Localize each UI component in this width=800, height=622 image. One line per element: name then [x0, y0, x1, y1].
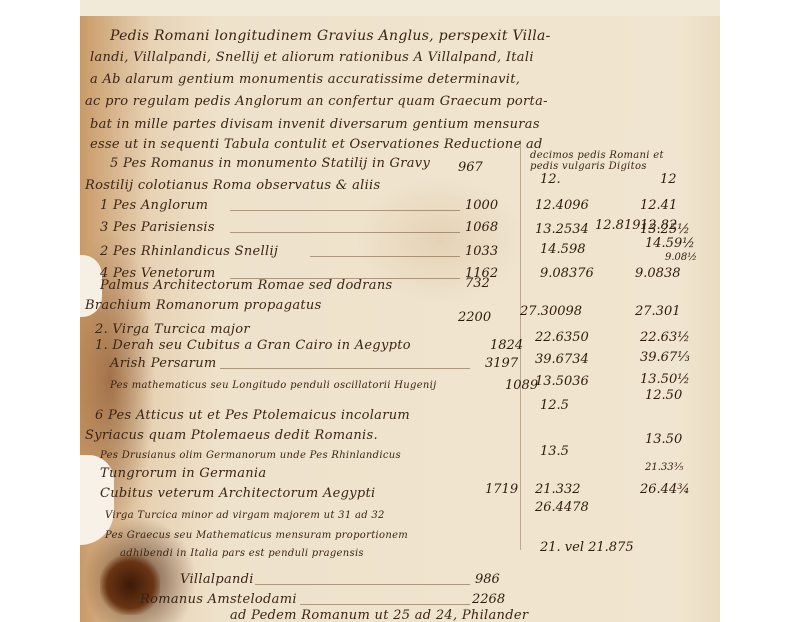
header-line: bat in mille partes divisam invenit dive…: [90, 117, 540, 132]
row-alt: 21.33⅗: [645, 462, 683, 473]
row-alt: 13.50½: [640, 372, 690, 387]
row-value: 1000: [465, 198, 498, 213]
row-value: 3197: [485, 356, 518, 371]
right-header: pedis vulgaris Digitos: [530, 161, 647, 172]
row-label: 5 Pes Romanus in monumento Statilij in G…: [110, 156, 430, 171]
header-line: esse ut in sequenti Tabula contulit et O…: [90, 137, 543, 152]
row-reduction: 12.: [540, 172, 561, 187]
row-label: Brachium Romanorum propagatus: [85, 298, 322, 313]
row-label: 1 Pes Anglorum: [100, 198, 208, 213]
row-reduction: 21.332: [535, 482, 581, 497]
row-label: 6 Pes Atticus ut et Pes Ptolemaicus inco…: [95, 408, 410, 423]
row-reduction: 21. vel 21.875: [540, 540, 634, 555]
row-value: 1089: [505, 378, 538, 393]
row-alt: 13.50: [645, 432, 682, 447]
row-value: 732: [465, 276, 490, 291]
row-alt: 12.82: [640, 218, 677, 233]
row-alt: 14.59½: [645, 236, 695, 251]
row-label: Pes Graecus seu Mathematicus mensuram pr…: [105, 530, 408, 541]
row-value: 967: [458, 160, 483, 175]
row-reduction: 39.6734: [535, 352, 589, 367]
row-label: 1. Derah seu Cubitus a Gran Cairo in Aeg…: [95, 338, 411, 353]
row-label: Syriacus quam Ptolemaeus dedit Romanis.: [85, 428, 378, 443]
row-value: 1068: [465, 220, 498, 235]
row-label: Arish Persarum: [110, 356, 217, 371]
row-reduction: 12.819: [595, 218, 641, 233]
row-label: Pes Drusianus olim Germanorum unde Pes R…: [100, 450, 401, 461]
row-reduction: 13.2534: [535, 222, 589, 237]
row-value: 2200: [458, 310, 491, 325]
paper-top-edge: [80, 0, 720, 16]
row-label: Cubitus veterum Architectorum Aegypti: [100, 486, 375, 501]
row-label: Pes mathematicus seu Longitudo penduli o…: [110, 380, 437, 391]
row-label: Tungrorum in Germania: [100, 466, 266, 481]
row-reduction: 22.6350: [535, 330, 589, 345]
row-reduction: 12.5: [540, 398, 569, 413]
row-alt: 39.67⅓: [640, 350, 690, 365]
row-label: ad Pedem Romanum ut 25 ad 24, Philander: [230, 608, 528, 622]
row-reduction: 13.5: [540, 444, 569, 459]
row-alt: 22.63½: [640, 330, 690, 345]
row-label: 3 Pes Parisiensis: [100, 220, 215, 235]
row-reduction: 14.598: [540, 242, 586, 257]
header-line: Pedis Romani longitudinem Gravius Anglus…: [110, 28, 551, 44]
row-label: Rostilij colotianus Roma observatus & al…: [85, 178, 380, 193]
header-line: landi, Villalpandi, Snellij et aliorum r…: [90, 50, 534, 65]
row-label: Palmus Architectorum Romae sed dodrans: [100, 278, 393, 293]
row-alt: 9.0838: [635, 266, 681, 281]
row-reduction: 13.5036: [535, 374, 589, 389]
row-value: 986: [475, 572, 500, 587]
row-reduction: 12.4096: [535, 198, 589, 213]
row-label: Virga Turcica minor ad virgam majorem ut…: [105, 510, 385, 521]
row-reduction: 27.30098: [520, 304, 582, 319]
row-alt: 12.41: [640, 198, 677, 213]
row-label: Villalpandi: [180, 572, 254, 587]
header-line: ac pro regulam pedis Anglorum an confert…: [85, 94, 548, 109]
right-header: decimos pedis Romani et: [530, 150, 664, 161]
row-value: 1033: [465, 244, 498, 259]
manuscript-page: Pedis Romani longitudinem Gravius Anglus…: [80, 0, 720, 622]
row-value: 1824: [490, 338, 523, 353]
row-alt: 12: [660, 172, 677, 187]
row-value: 2268: [472, 592, 505, 607]
row-alt: 12.50: [645, 388, 682, 403]
row-label: 2 Pes Rhinlandicus Snellij: [100, 244, 278, 259]
row-label: adhibendi in Italia pars est penduli pra…: [120, 548, 364, 559]
row-label: 2. Virga Turcica major: [95, 322, 250, 337]
row-label: Romanus Amstelodami: [140, 592, 297, 607]
row-alt: 9.08½: [665, 252, 697, 263]
row-reduction: 9.08376: [540, 266, 594, 281]
row-value: 1719: [485, 482, 518, 497]
header-line: a Ab alarum gentium monumentis accuratis…: [90, 72, 520, 87]
row-alt: 26.44¾: [640, 482, 690, 497]
row-alt: 27.301: [635, 304, 681, 319]
row-reduction: 26.4478: [535, 500, 589, 515]
